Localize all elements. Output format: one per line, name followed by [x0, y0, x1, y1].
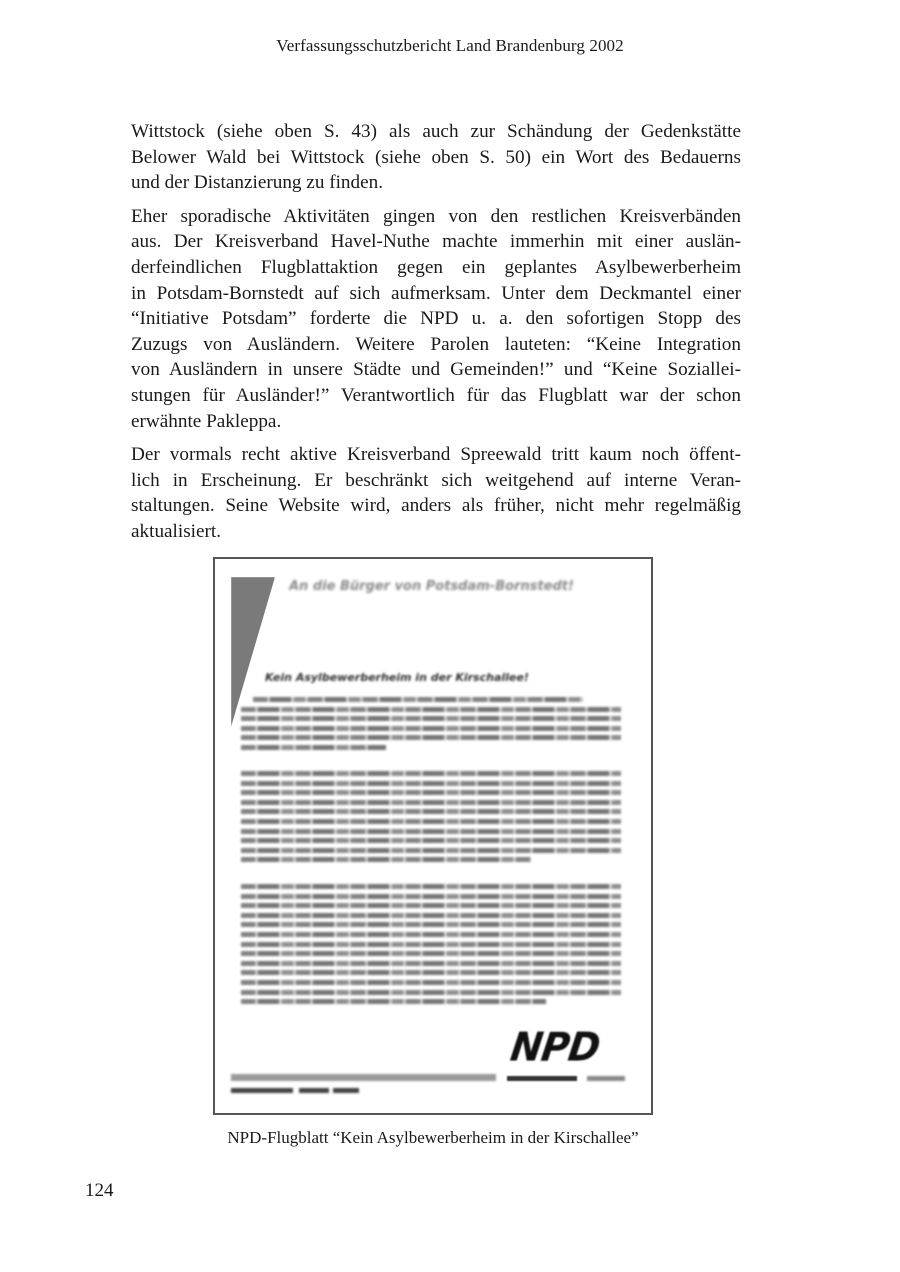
- text-line: Der vormals recht aktive Kreisverband Sp…: [131, 442, 741, 468]
- text-line: in Potsdam-Bornstedt auf sich aufmerksam…: [131, 281, 741, 307]
- blurred-text-line: [241, 951, 621, 956]
- blurred-text-line: [241, 829, 621, 834]
- blurred-text-line: [253, 697, 583, 702]
- blurred-text-line: [241, 913, 621, 918]
- npd-logo-subtitle: [507, 1076, 577, 1081]
- flyer-footer-text: [231, 1088, 293, 1093]
- blurred-text-line: [241, 809, 621, 814]
- blurred-text-line: [241, 884, 621, 889]
- text-line: derfeindlichen Flugblattaktion gegen ein…: [131, 255, 741, 281]
- blurred-text-line: [241, 771, 621, 776]
- blurred-text-line: [241, 790, 621, 795]
- text-line: “Initiative Potsdam” forderte die NPD u.…: [131, 306, 741, 332]
- text-line: aktualisiert.: [131, 519, 741, 545]
- blurred-text-line: [241, 999, 546, 1004]
- blurred-text-line: [241, 980, 621, 985]
- blurred-text-line: [241, 735, 621, 740]
- blurred-text-line: [241, 857, 531, 862]
- blurred-text-line: [241, 819, 621, 824]
- flyer-paragraph-1: [241, 697, 621, 755]
- body-text: Wittstock (siehe oben S. 43) als auch zu…: [131, 119, 741, 553]
- flyer-footer-text: [299, 1088, 329, 1093]
- blurred-text-line: [241, 903, 621, 908]
- flyer-heading: Kein Asylbewerberheim in der Kirschallee…: [265, 671, 585, 684]
- blurred-text-line: [241, 800, 621, 805]
- blurred-text-line: [241, 707, 621, 712]
- blurred-text-line: [241, 932, 621, 937]
- flyer-footer-mark: [587, 1076, 625, 1081]
- blurred-text-line: [241, 781, 621, 786]
- flyer-paragraph-3: [241, 884, 621, 1009]
- figure-caption: NPD-Flugblatt “Kein Asylbewerberheim in …: [0, 1128, 866, 1148]
- page-number: 124: [85, 1180, 114, 1202]
- flyer-figure: An die Bürger von Potsdam-Bornstedt! Kei…: [213, 557, 653, 1115]
- running-header: Verfassungsschutzbericht Land Brandenbur…: [0, 36, 900, 56]
- text-line: erwähnte Pakleppa.: [131, 409, 741, 435]
- blurred-text-line: [241, 745, 386, 750]
- npd-logo: NPD: [508, 1024, 603, 1070]
- text-line: und der Distanzierung zu finden.: [131, 170, 741, 196]
- blurred-text-line: [241, 726, 621, 731]
- paragraph-1: Wittstock (siehe oben S. 43) als auch zu…: [131, 119, 741, 196]
- text-line: staltungen. Seine Website wird, anders a…: [131, 493, 741, 519]
- text-line: lich in Erscheinung. Er beschränkt sich …: [131, 468, 741, 494]
- flyer-banner: An die Bürger von Potsdam-Bornstedt!: [289, 579, 619, 593]
- blurred-text-line: [241, 848, 621, 853]
- blurred-text-line: [241, 970, 621, 975]
- text-line: Zuzugs von Ausländern. Weitere Parolen l…: [131, 332, 741, 358]
- text-line: Wittstock (siehe oben S. 43) als auch zu…: [131, 119, 741, 145]
- flyer-footer-bar: [231, 1074, 496, 1081]
- paragraph-3: Der vormals recht aktive Kreisverband Sp…: [131, 442, 741, 544]
- paragraph-2: Eher sporadische Aktivitäten gingen von …: [131, 204, 741, 434]
- flyer-paragraph-2: [241, 771, 621, 867]
- blurred-text-line: [241, 942, 621, 947]
- blurred-text-line: [241, 961, 621, 966]
- blurred-text-line: [241, 990, 621, 995]
- blurred-text-line: [241, 894, 621, 899]
- text-line: aus. Der Kreisverband Havel-Nuthe machte…: [131, 229, 741, 255]
- text-line: Eher sporadische Aktivitäten gingen von …: [131, 204, 741, 230]
- blurred-text-line: [241, 716, 621, 721]
- text-line: stungen für Ausländer!” Verantwortlich f…: [131, 383, 741, 409]
- text-line: Belower Wald bei Wittstock (siehe oben S…: [131, 145, 741, 171]
- blurred-text-line: [241, 838, 621, 843]
- text-line: von Ausländern in unsere Städte und Geme…: [131, 357, 741, 383]
- flyer-footer-text: [333, 1088, 359, 1093]
- blurred-text-line: [241, 922, 621, 927]
